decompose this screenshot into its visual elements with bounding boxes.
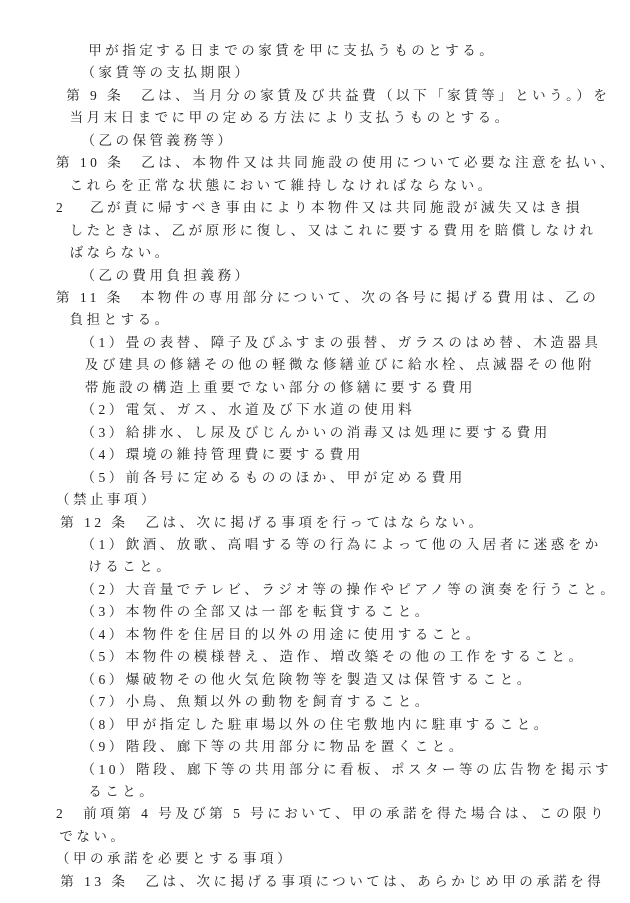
document-line: （1）飲酒、放歌、高唱する等の行為によって他の入居者に迷惑をか (56, 534, 620, 556)
document-line: 2 乙が責に帰すべき事由により本物件又は共同施設が滅失又はき損 (56, 197, 620, 219)
document-line: （8）甲が指定した駐車場以外の住宅敷地内に駐車すること。 (56, 714, 620, 736)
document-line: （2）大音量でテレビ、ラジオ等の操作やピアノ等の演奏を行うこと。 (56, 579, 620, 601)
document-line: （3）給排水、し尿及びじんかいの消毒又は処理に要する費用 (56, 422, 620, 444)
document-line: （9）階段、廊下等の共用部分に物品を置くこと。 (56, 736, 620, 758)
document-line: （乙の費用負担義務） (56, 265, 620, 287)
document-line: （1）畳の表替、障子及びふすまの張替、ガラスのはめ替、木造器具 (56, 332, 620, 354)
document-line: これらを正常な状態において維持しなければならない。 (56, 175, 620, 197)
document-line: 甲が指定する日までの家賃を甲に支払うものとする。 (56, 40, 620, 62)
document-line: ること。 (56, 781, 620, 803)
document-line: 第 9 条 乙は、当月分の家賃及び共益費（以下「家賃等」という。）を (56, 85, 620, 107)
document-line: （7）小鳥、魚類以外の動物を飼育すること。 (56, 691, 620, 713)
document-body: 甲が指定する日までの家賃を甲に支払うものとする。（家賃等の支払期限）第 9 条 … (56, 40, 620, 893)
document-line: （家賃等の支払期限） (56, 62, 620, 84)
document-line: 第 12 条 乙は、次に掲げる事項を行ってはならない。 (56, 512, 620, 534)
document-line: （5）本物件の模様替え、造作、増改築その他の工作をすること。 (56, 646, 620, 668)
document-line: 第 11 条 本物件の専用部分について、次の各号に掲げる費用は、乙の (56, 287, 620, 309)
document-line: （4）環境の維持管理費に要する費用 (56, 444, 620, 466)
document-line: （甲の承諾を必要とする事項） (56, 848, 620, 870)
document-line: したときは、乙が原形に復し、又はこれに要する費用を賠償しなけれ (56, 220, 620, 242)
document-line: 第 10 条 乙は、本物件又は共同施設の使用について必要な注意を払い、 (56, 152, 620, 174)
document-line: 負担とする。 (56, 309, 620, 331)
document-line: 及び建具の修繕その他の軽微な修繕並びに給水栓、点滅器その他附 (56, 354, 620, 376)
document-line: でない。 (56, 826, 620, 848)
document-line: ばならない。 (56, 242, 620, 264)
document-line: 2 前項第 4 号及び第 5 号において、甲の承諾を得た場合は、この限り (56, 803, 620, 825)
document-line: （禁止事項） (56, 489, 620, 511)
document-line: （乙の保管義務等） (56, 130, 620, 152)
document-line: （5）前各号に定めるもののほか、甲が定める費用 (56, 467, 620, 489)
document-line: （2）電気、ガス、水道及び下水道の使用料 (56, 399, 620, 421)
document-line: （10）階段、廊下等の共用部分に看板、ポスター等の広告物を掲示す (56, 759, 620, 781)
document-line: 帯施設の構造上重要でない部分の修繕に要する費用 (56, 377, 620, 399)
document-line: （3）本物件の全部又は一部を転貸すること。 (56, 601, 620, 623)
document-line: （4）本物件を住居目的以外の用途に使用すること。 (56, 624, 620, 646)
document-line: （6）爆破物その他火気危険物等を製造又は保管すること。 (56, 669, 620, 691)
document-line: 第 13 条 乙は、次に掲げる事項については、あらかじめ甲の承諾を得 (56, 871, 620, 893)
document-page: 甲が指定する日までの家賃を甲に支払うものとする。（家賃等の支払期限）第 9 条 … (0, 0, 630, 903)
document-line: けること。 (56, 556, 620, 578)
document-line: 当月末日までに甲の定める方法により支払うものとする。 (56, 107, 620, 129)
